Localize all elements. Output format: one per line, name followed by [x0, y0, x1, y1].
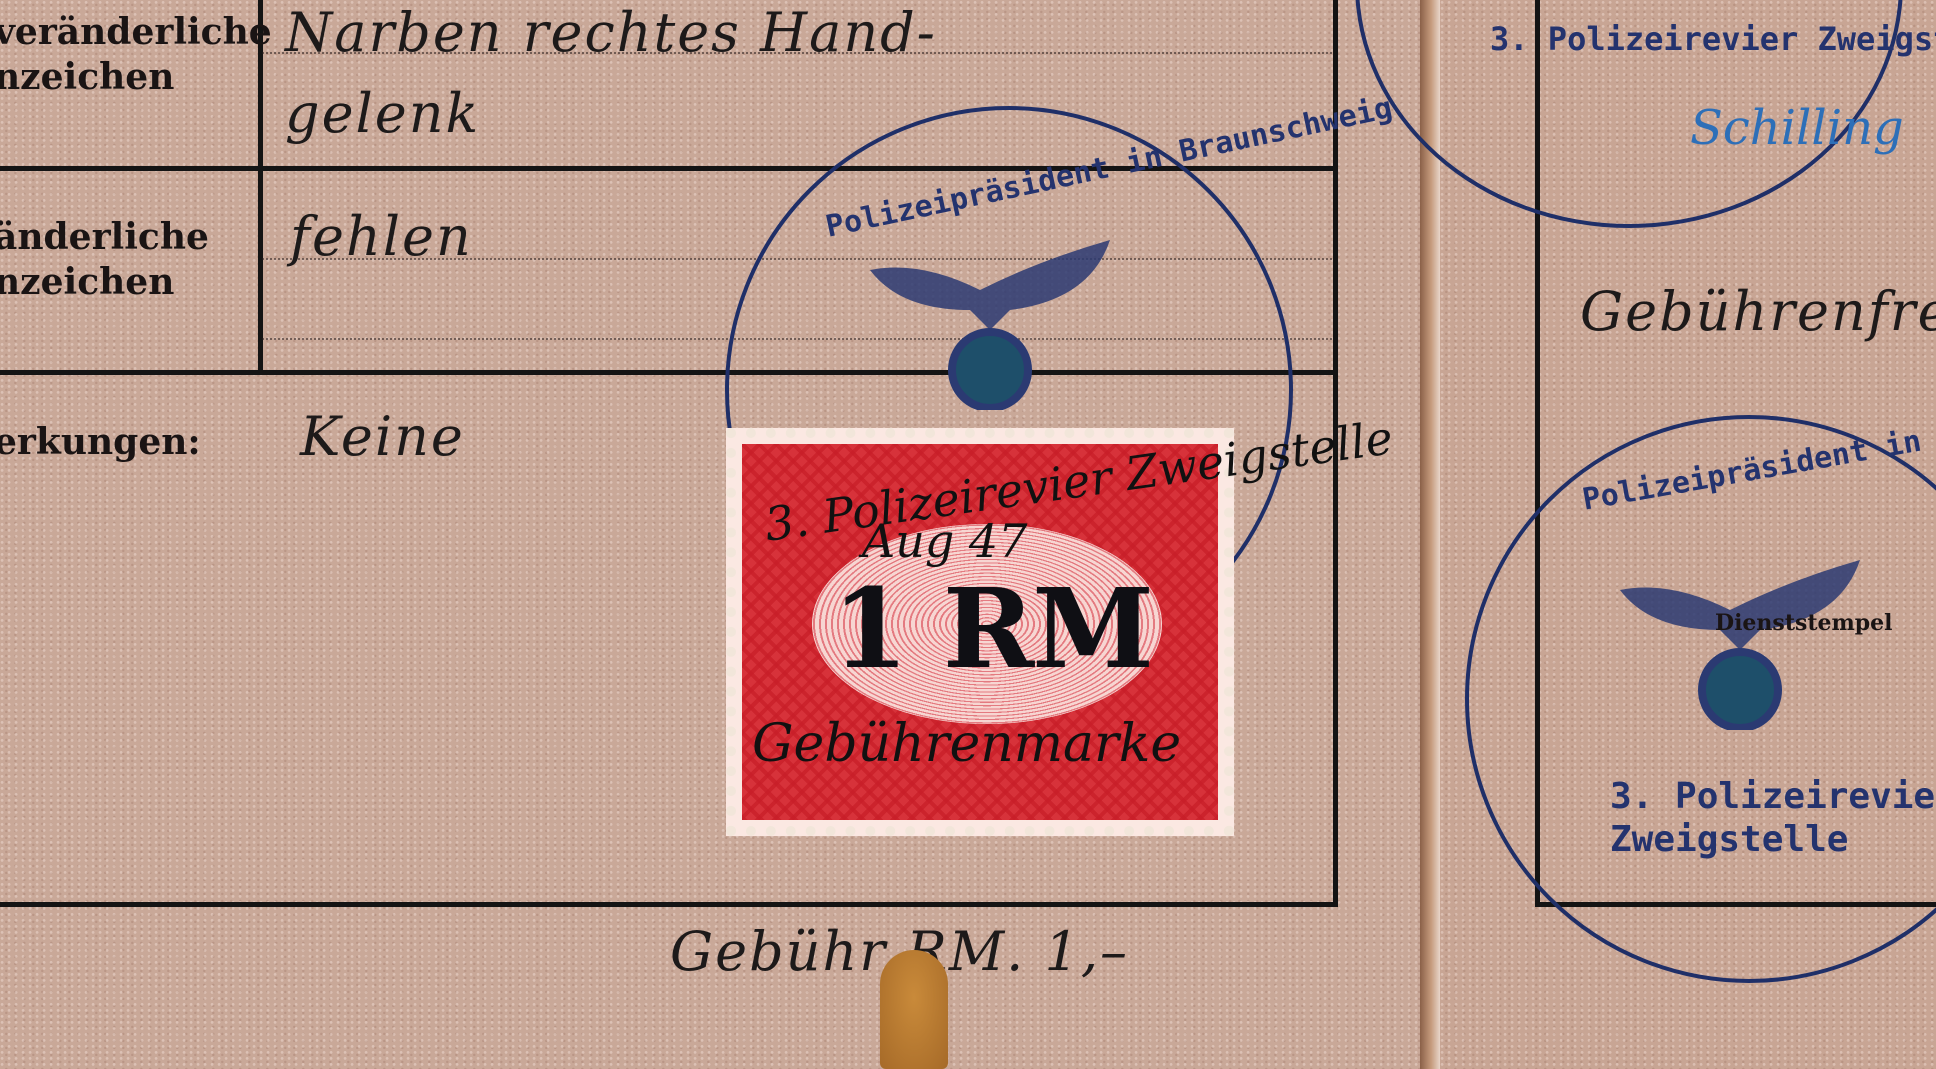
value-variable-marks: Narben rechtes Hand- gelenk [285, 0, 937, 154]
revenue-stamp-denomination: 1 RM [832, 564, 1152, 693]
stamp-date: Aug 47 [862, 514, 1027, 568]
eagle-icon [1610, 550, 1870, 730]
label-invariable-marks: änderliche nzeichen [0, 215, 209, 305]
value-remarks: Keine [300, 405, 465, 468]
seal-center-label: Dienststempel [1715, 610, 1893, 638]
bottom-border [0, 902, 1338, 907]
seal-bottom-inner-text: 3. Polizeirevier Zweigstelle [1610, 775, 1936, 861]
handwritten-fee-exempt: Gebührenfrei [1580, 280, 1936, 343]
stain [880, 950, 948, 1069]
value-invariable-marks: fehlen [290, 205, 473, 268]
label-variable-marks: veränderliche nzeichen [0, 10, 272, 100]
eagle-icon [860, 230, 1120, 410]
seal-top-right-text: 3. Polizeirevier Zweigstelle [1490, 20, 1936, 58]
handwritten-signature-blue: Schilling [1690, 100, 1904, 156]
label-remarks: erkungen: [0, 420, 201, 465]
revenue-stamp: 1 RM 3. Polizeirevier Zweigstelle Aug 47… [726, 428, 1234, 836]
stamp-cancel-signature: Gebührenmarke [752, 714, 1181, 774]
revenue-stamp-pattern: 1 RM 3. Polizeirevier Zweigstelle Aug 47… [742, 444, 1218, 820]
